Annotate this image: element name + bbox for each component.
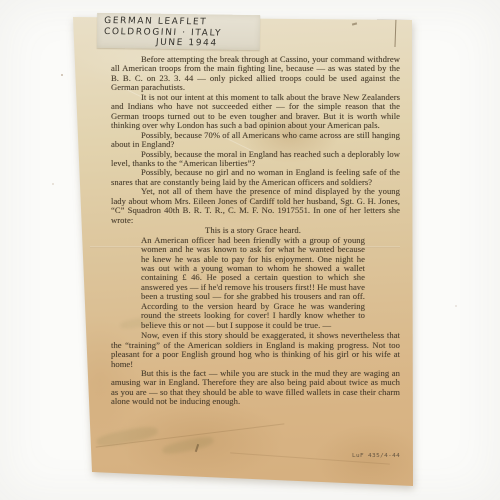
ink-speck <box>352 22 357 25</box>
paragraph: But this is the fact — while you are stu… <box>111 369 400 407</box>
photo-background: Before attempting the break through at C… <box>0 0 500 500</box>
paragraph: Now, even if this story should be exagge… <box>111 331 400 369</box>
letter-excerpt: An American officer had been friendly wi… <box>141 236 365 331</box>
crease-mark <box>377 19 411 20</box>
leaflet-body: Before attempting the break through at C… <box>111 55 400 407</box>
paragraph: Possibly, because the moral in England h… <box>111 150 400 169</box>
leaflet-paper-shadow: Before attempting the break through at C… <box>0 0 500 500</box>
paragraph: Yet, not all of them have the presence o… <box>111 187 400 225</box>
print-code: LuF 435/4-44 <box>352 452 400 458</box>
leaflet-paper: Before attempting the break through at C… <box>0 0 500 500</box>
archival-label: GERMAN LEAFLET COLDROGINI · ITALY JUNE 1… <box>97 13 260 50</box>
paragraph: Before attempting the break through at C… <box>111 55 400 93</box>
label-line-3: JUNE 1944 <box>103 37 260 50</box>
paragraph: It is not our intent at this moment to t… <box>111 93 400 131</box>
crease-mark <box>394 17 396 47</box>
paragraph: Possibly, because 70% of all Americans w… <box>111 131 400 150</box>
reverse-showthrough-mark <box>95 424 158 449</box>
paragraph: Possibly, because no girl and no woman i… <box>111 168 400 187</box>
